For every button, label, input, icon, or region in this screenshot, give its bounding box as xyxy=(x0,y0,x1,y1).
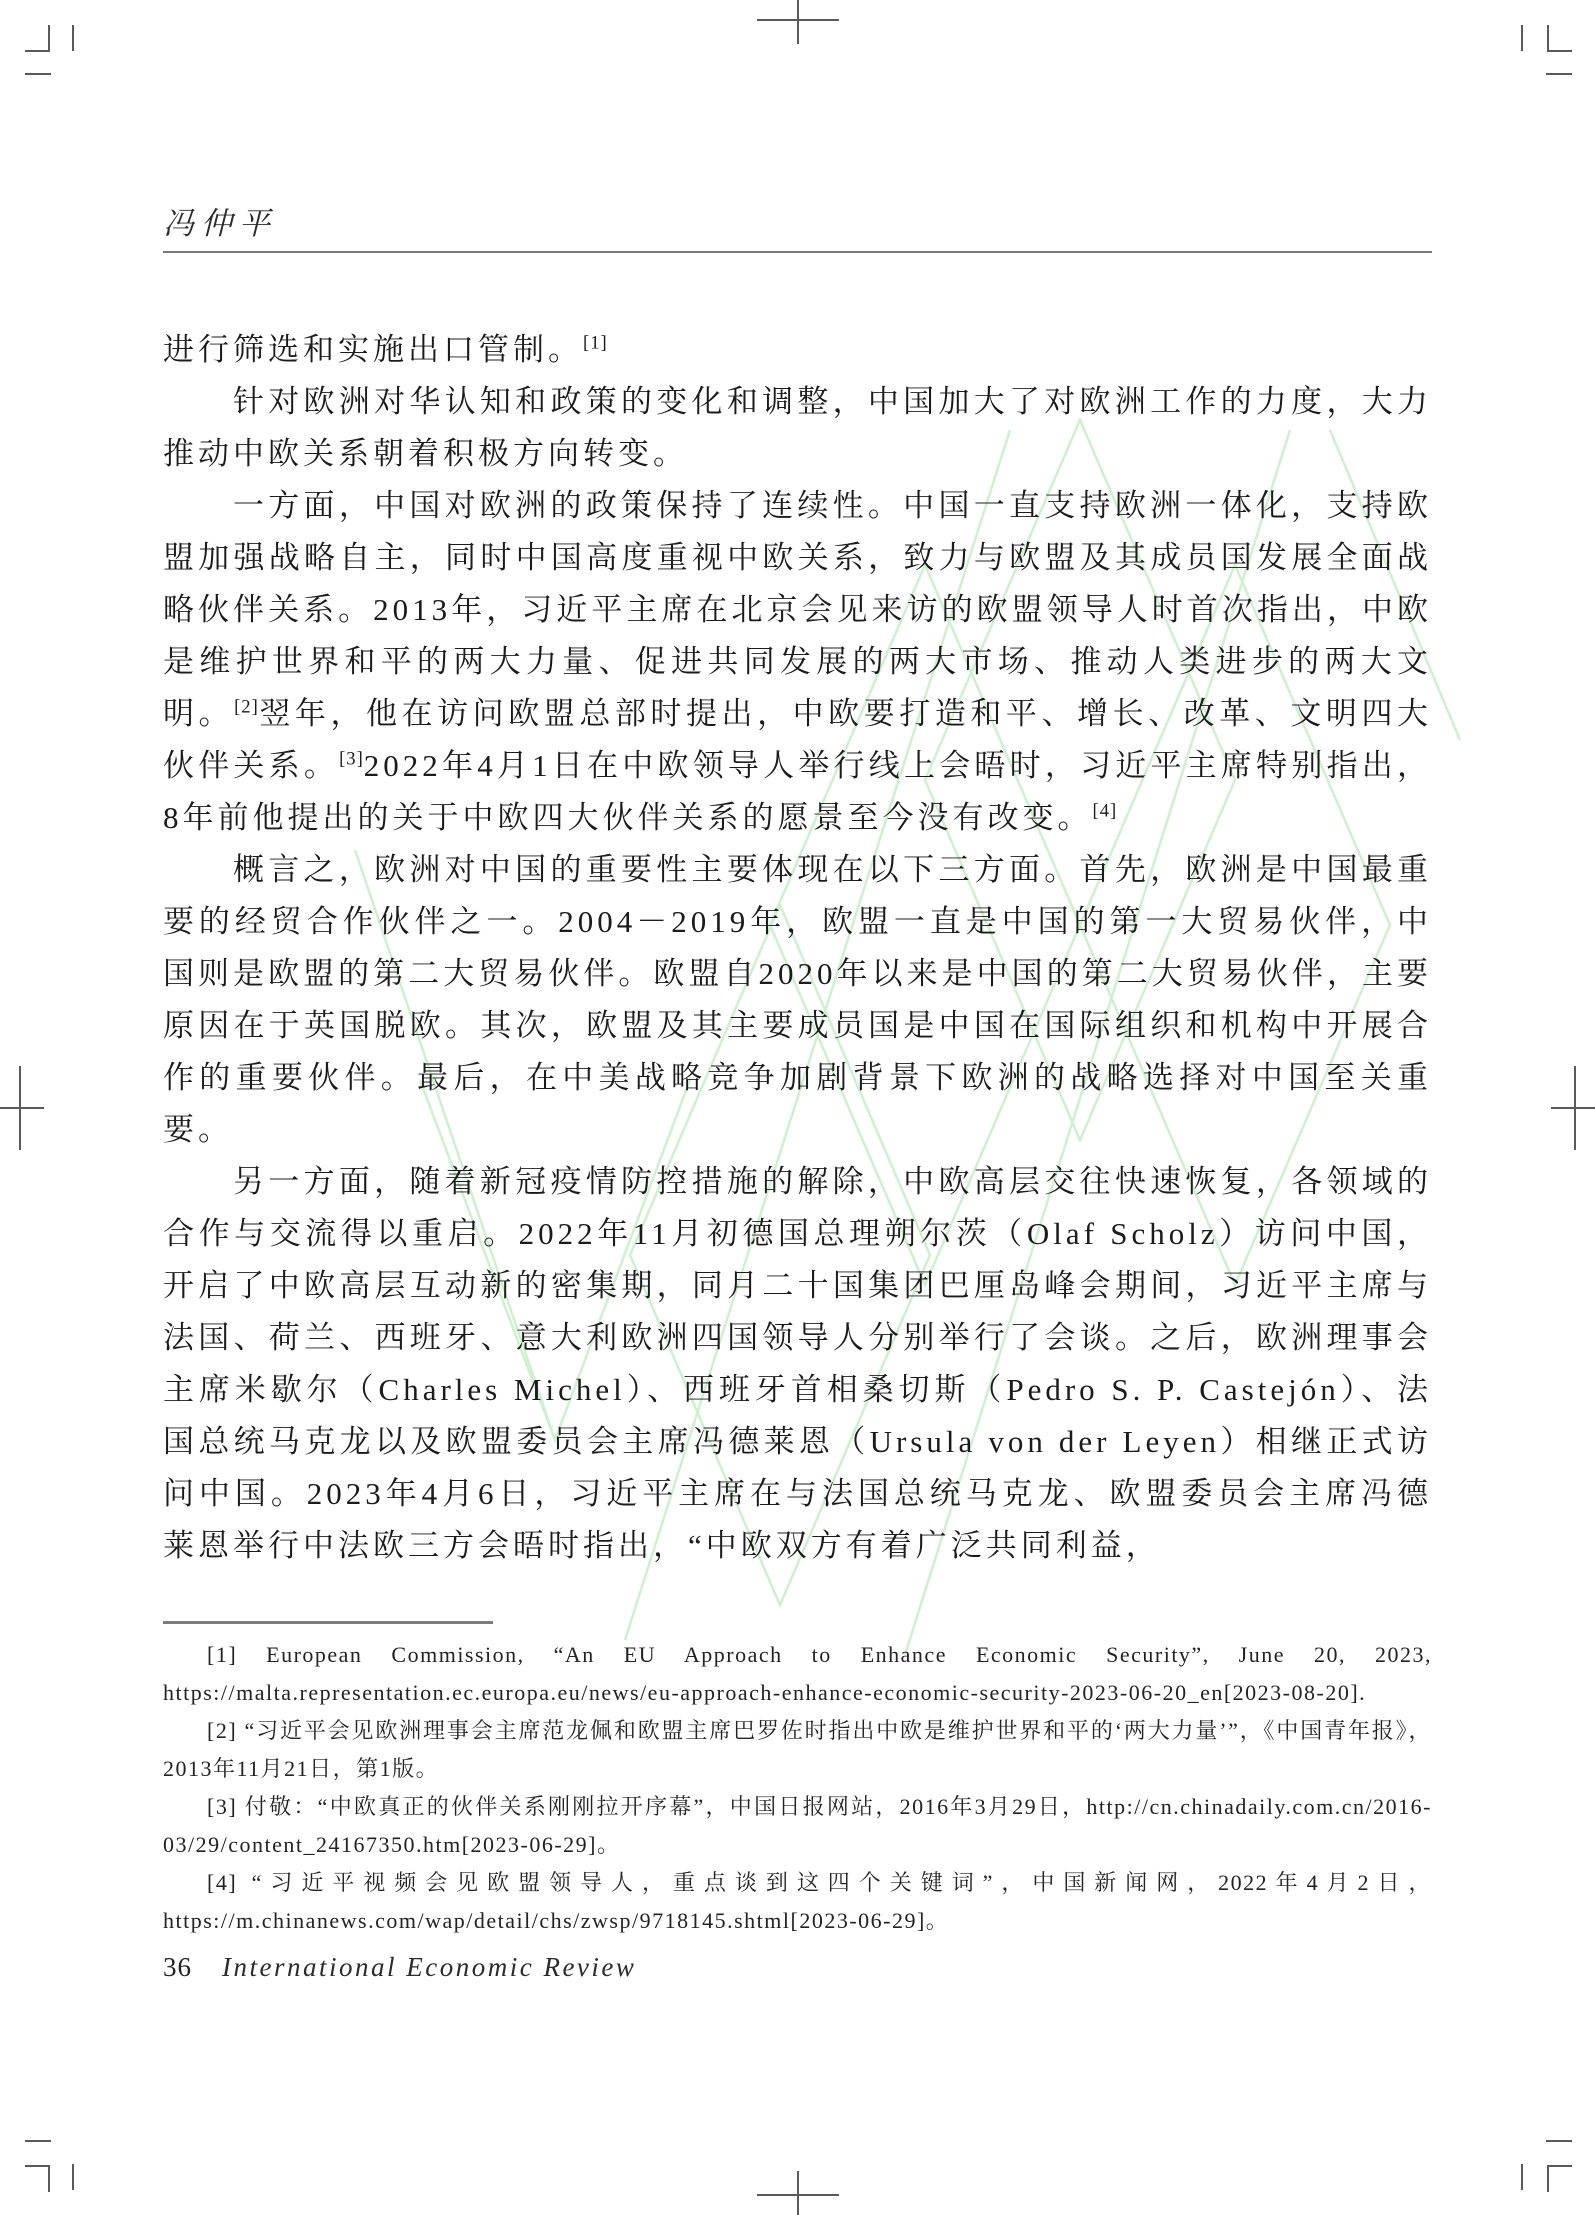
crop-mark-bottom-right-corner xyxy=(1547,2165,1572,2192)
footnote: [3] 付敬：“中欧真正的伙伴关系刚刚拉开序幕”，中国日报网站，2016年3月2… xyxy=(163,1788,1432,1864)
page-footer: 36International Economic Review xyxy=(163,1952,636,1983)
crop-mark-top-left-corner xyxy=(25,25,50,52)
page: 冯仲平 进行筛选和实施出口管制。[1]针对欧洲对华认知和政策的变化和调整，中国加… xyxy=(0,0,1595,2215)
register-cross-bottom-center xyxy=(757,2194,839,2196)
author-name: 冯仲平 xyxy=(163,198,277,243)
footnote-ref: [2] xyxy=(234,697,259,718)
crop-mark-bottom-right-tick xyxy=(1521,2164,1523,2190)
body-paragraph: 进行筛选和实施出口管制。[1] xyxy=(163,324,1432,376)
page-number: 36 xyxy=(163,1952,192,1982)
footnote: [4] “习近平视频会见欧盟领导人，重点谈到这四个关键词”，中国新闻网，2022… xyxy=(163,1864,1432,1940)
body-paragraph: 另一方面，随着新冠疫情防控措施的解除，中欧高层交往快速恢复，各领域的合作与交流得… xyxy=(163,1156,1432,1572)
footnote-ref: [1] xyxy=(583,333,608,354)
header-rule xyxy=(163,251,1432,253)
crop-mark-top-right-corner xyxy=(1547,25,1572,52)
article-body: 进行筛选和实施出口管制。[1]针对欧洲对华认知和政策的变化和调整，中国加大了对欧… xyxy=(163,324,1432,1572)
register-cross-right-middle xyxy=(1551,1107,1595,1109)
body-paragraph: 概言之，欧洲对中国的重要性主要体现在以下三方面。首先，欧洲是中国最重要的经贸合作… xyxy=(163,844,1432,1156)
crop-mark-top-right-tick xyxy=(1546,73,1572,75)
register-cross-left-middle xyxy=(19,1066,21,1150)
register-cross-left-middle xyxy=(0,1107,44,1109)
crop-mark-bottom-left-tick xyxy=(25,2140,51,2142)
footnote: [2] “习近平会见欧洲理事会主席范龙佩和欧盟主席巴罗佐时指出中欧是维护世界和平… xyxy=(163,1712,1432,1788)
body-paragraph: 一方面，中国对欧洲的政策保持了连续性。中国一直支持欧洲一体化，支持欧盟加强战略自… xyxy=(163,480,1432,844)
text-run: 概言之，欧洲对中国的重要性主要体现在以下三方面。首先，欧洲是中国最重要的经贸合作… xyxy=(163,852,1432,1147)
register-cross-top-center xyxy=(797,0,799,44)
text-run: 一方面，中国对欧洲的政策保持了连续性。中国一直支持欧洲一体化，支持欧盟加强战略自… xyxy=(163,488,1432,731)
register-cross-top-center xyxy=(757,19,839,21)
crop-mark-top-right-tick xyxy=(1521,25,1523,51)
crop-mark-bottom-right-tick xyxy=(1546,2140,1572,2142)
crop-mark-bottom-left-corner xyxy=(25,2165,50,2192)
footnote-separator xyxy=(163,1621,493,1624)
body-paragraph: 针对欧洲对华认知和政策的变化和调整，中国加大了对欧洲工作的力度，大力推动中欧关系… xyxy=(163,376,1432,480)
text-run: 针对欧洲对华认知和政策的变化和调整，中国加大了对欧洲工作的力度，大力推动中欧关系… xyxy=(163,384,1432,471)
crop-mark-bottom-left-tick xyxy=(72,2164,74,2190)
footnotes: [1] European Commission, “An EU Approach… xyxy=(163,1636,1432,1940)
footnote-ref: [3] xyxy=(339,749,364,770)
crop-mark-top-left-tick xyxy=(72,25,74,51)
register-cross-right-middle xyxy=(1574,1066,1576,1150)
text-run: 另一方面，随着新冠疫情防控措施的解除，中欧高层交往快速恢复，各领域的合作与交流得… xyxy=(163,1164,1432,1563)
footnote-ref: [4] xyxy=(1093,801,1118,822)
journal-name: International Economic Review xyxy=(222,1952,636,1982)
text-run: 进行筛选和实施出口管制。 xyxy=(163,332,583,367)
footnote: [1] European Commission, “An EU Approach… xyxy=(163,1636,1432,1712)
register-cross-bottom-center xyxy=(797,2171,799,2215)
crop-mark-top-left-tick xyxy=(25,73,51,75)
